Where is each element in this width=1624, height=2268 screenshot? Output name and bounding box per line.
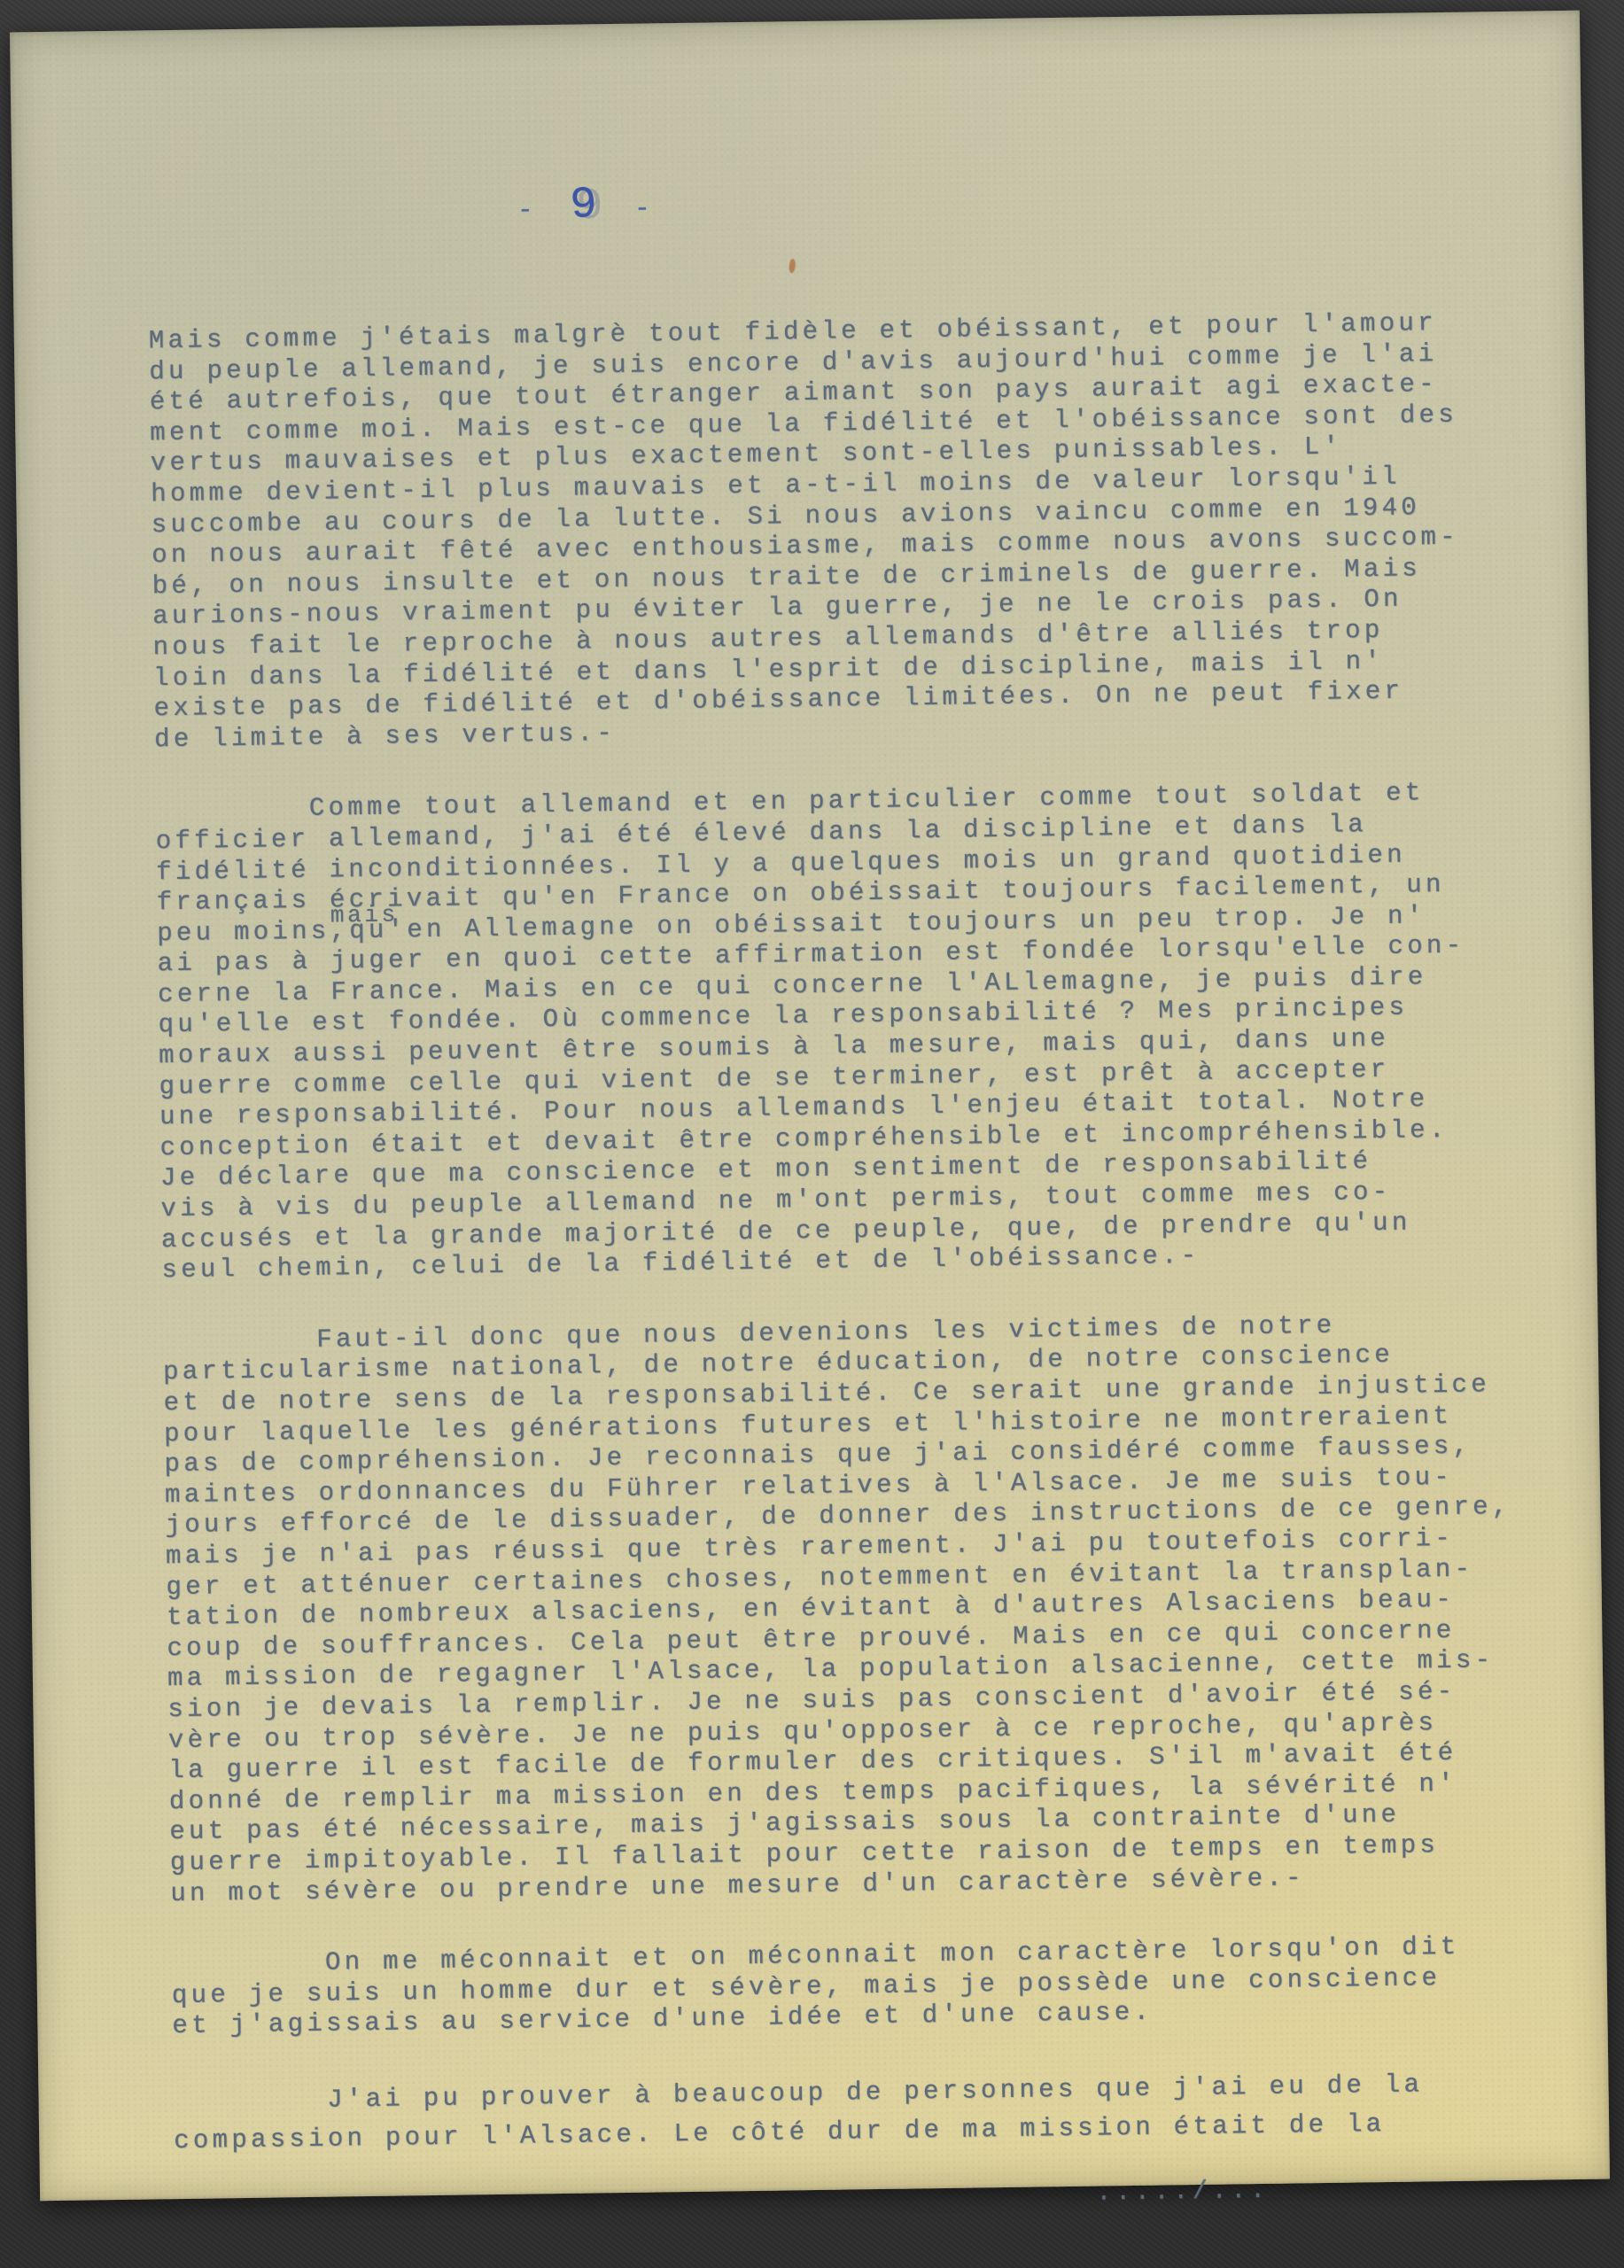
document-page: - 9 - Mais comme j'étais malgrè tout fid… [10,11,1610,2202]
page-number-right-dash: - [634,194,654,224]
continuation-mark: ...../... [1096,2171,1573,2209]
paragraph-4: On me méconnait et on méconnait mon cara… [171,1930,1570,2042]
page-number-value: 9 [569,179,602,231]
paragraph-3: Faut-il donc que nous devenions les vict… [162,1308,1568,1909]
paragraph-5: J'ai pu prouver à beaucoup de personnes … [173,2063,1572,2161]
page-number: - 9 - [517,179,654,231]
paragraph-2-wrap: Comme tout allemand et en particulier co… [155,777,1560,1286]
paragraph-1: Mais comme j'étais malgrè tout fidèle et… [149,307,1553,755]
document-text: Mais comme j'étais malgrè tout fidèle et… [149,307,1573,2221]
page-number-left-dash: - [517,196,537,226]
paragraph-2: Comme tout allemand et en particulier co… [155,777,1560,1286]
scanner-background: - 9 - Mais comme j'étais malgrè tout fid… [0,0,1624,2268]
inserted-word-mais: mais [330,900,399,932]
rust-stain [789,259,796,274]
